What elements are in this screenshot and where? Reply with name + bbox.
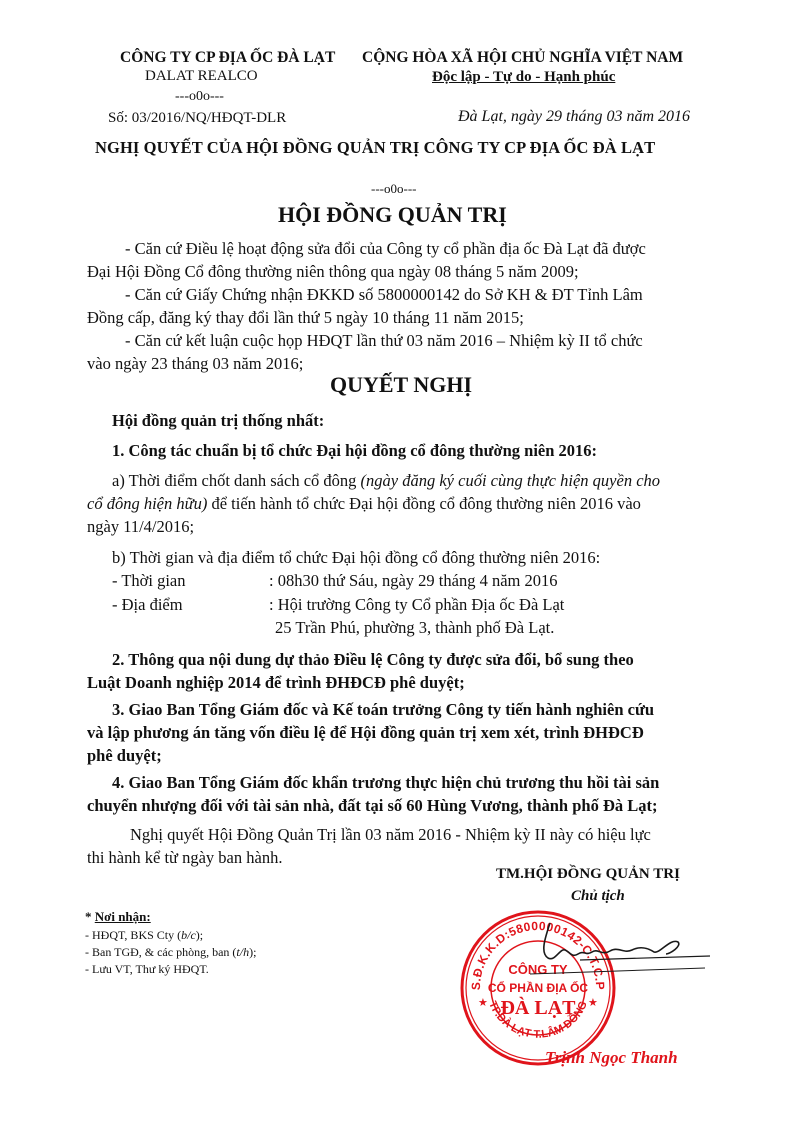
signature-role: Chủ tịch	[571, 888, 625, 905]
svg-text:ĐÀ LẠT: ĐÀ LẠT	[500, 996, 576, 1019]
recipients-heading: * Nơi nhận:	[85, 909, 151, 925]
board-heading: HỘI ĐỒNG QUẢN TRỊ	[278, 202, 507, 228]
nation-motto: Độc lập - Tự do - Hạnh phúc	[432, 69, 615, 86]
document-number-text: Số: 03/2016/NQ/HĐQT-DLR	[108, 110, 286, 126]
item-1a-italic-2: cổ đông hiện hữu)	[87, 494, 207, 513]
place-date: Đà Lạt, ngày 29 tháng 03 năm 2016	[458, 108, 690, 126]
item-3-line1: 3. Giao Ban Tổng Giám đốc và Kế toán trư…	[112, 698, 654, 721]
board-agreed: Hội đồng quản trị thống nhất:	[112, 409, 324, 432]
item-1b-title: b) Thời gian và địa điểm tổ chức Đại hội…	[112, 546, 600, 569]
item-1a-prefix: a) Thời điểm chốt danh sách cổ đông	[112, 471, 361, 490]
company-name: CÔNG TY CP ĐỊA ỐC ĐÀ LẠT	[120, 49, 335, 67]
signature-scribble-icon	[520, 918, 720, 978]
signer-name: Trịnh Ngọc Thanh	[545, 1048, 678, 1068]
item-3-line2: và lập phương án tăng vốn điều lệ để Hội…	[87, 721, 644, 744]
item-1a-line3: ngày 11/4/2016;	[87, 515, 194, 538]
preamble-2-line1: - Căn cứ Giấy Chứng nhận ĐKKD số 5800000…	[125, 283, 643, 306]
resolution-heading: QUYẾT NGHỊ	[330, 372, 472, 398]
recipients-heading-text: Nơi nhận:	[95, 909, 151, 924]
svg-text:★: ★	[478, 997, 488, 1009]
company-separator: ---o0o---	[175, 89, 224, 105]
item-2-line2: Luật Doanh nghiệp 2014 để trình ĐHĐCĐ ph…	[87, 671, 465, 694]
document-number: Số: 03/2016/NQ/HĐQT-DLR	[108, 110, 286, 127]
nation-title: CỘNG HÒA XÃ HỘI CHỦ NGHĨA VIỆT NAM	[362, 49, 683, 67]
place-label: - Địa điểm	[112, 593, 183, 616]
time-value: : 08h30 thứ Sáu, ngày 29 tháng 4 năm 201…	[269, 569, 558, 592]
item-1a-rest: để tiến hành tổ chức Đại hội đồng cổ đôn…	[207, 494, 641, 513]
document-title: NGHỊ QUYẾT CỦA HỘI ĐỒNG QUẢN TRỊ CÔNG TY…	[95, 138, 655, 158]
item-2-line1: 2. Thông qua nội dung dự thảo Điều lệ Cô…	[112, 648, 634, 671]
preamble-1-line1: - Căn cứ Điều lệ hoạt động sửa đổi của C…	[125, 237, 646, 260]
item-1-title: 1. Công tác chuẩn bị tổ chức Đại hội đồn…	[112, 439, 597, 462]
preamble-3-line2: vào ngày 23 tháng 03 năm 2016;	[87, 352, 303, 375]
item-1a-line1: a) Thời điểm chốt danh sách cổ đông (ngà…	[112, 469, 660, 492]
time-label: - Thời gian	[112, 569, 186, 592]
svg-text:CỔ PHẦN ĐỊA ỐC: CỔ PHẦN ĐỊA ỐC	[488, 980, 589, 995]
effect-line2: thi hành kể từ ngày ban hành.	[87, 846, 282, 869]
effect-line1: Nghị quyết Hội Đồng Quản Trị lần 03 năm …	[130, 823, 651, 846]
item-4-line2: chuyển nhượng đối với tài sản nhà, đất t…	[87, 794, 657, 817]
title-separator: ---o0o---	[371, 181, 416, 197]
item-1a-line2: cổ đông hiện hữu) để tiến hành tổ chức Đ…	[87, 492, 641, 515]
place-value-address: 25 Trần Phú, phường 3, thành phố Đà Lạt.	[275, 616, 554, 639]
preamble-2-line2: Đồng cấp, đăng ký thay đổi lần thứ 5 ngà…	[87, 306, 524, 329]
handwritten-signature	[520, 918, 720, 978]
recipient-item-2: - Ban TGĐ, & các phòng, ban (t/h);	[85, 945, 256, 960]
recipients-star: *	[85, 909, 95, 924]
item-1a-italic-1: (ngày đăng ký cuối cùng thực hiện quyền …	[361, 471, 660, 490]
item-4-line1: 4. Giao Ban Tổng Giám đốc khẩn trương th…	[112, 771, 659, 794]
recipient-item-1: - HĐQT, BKS Cty (b/c);	[85, 928, 203, 943]
preamble-3-line1: - Căn cứ kết luận cuộc họp HĐQT lần thứ …	[125, 329, 643, 352]
item-3-line3: phê duyệt;	[87, 744, 162, 767]
recipient-item-3: - Lưu VT, Thư ký HĐQT.	[85, 962, 209, 977]
svg-text:★: ★	[588, 997, 598, 1009]
signature-on-behalf: TM.HỘI ĐỒNG QUẢN TRỊ	[496, 866, 680, 883]
preamble-1-line2: Đại Hội Đồng Cổ đông thường niên thông q…	[87, 260, 579, 283]
company-short-name: DALAT REALCO	[145, 68, 258, 85]
place-value: : Hội trường Công ty Cổ phần Địa ốc Đà L…	[269, 593, 564, 616]
